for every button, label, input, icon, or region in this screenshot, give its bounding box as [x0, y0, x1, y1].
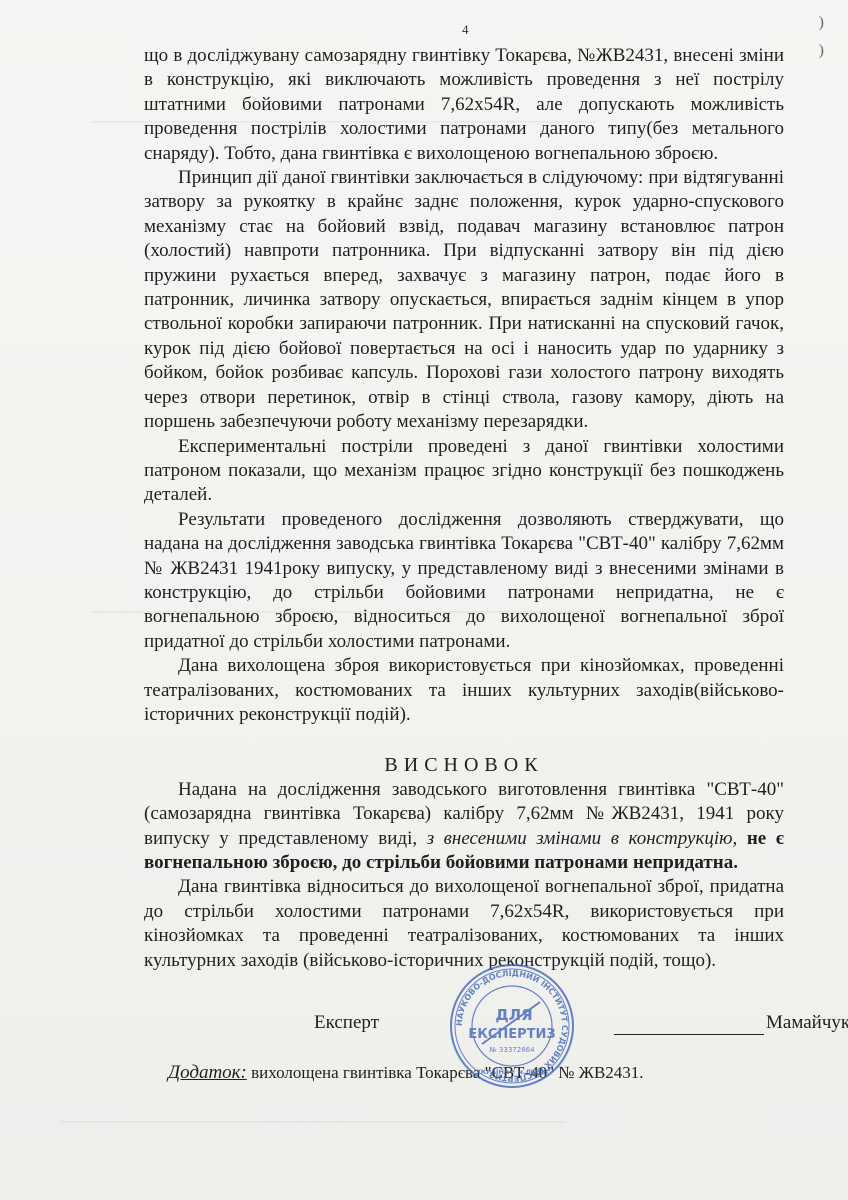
- edge-mark: ): [819, 14, 824, 32]
- paragraph-conclusion-main: Надана на дослідження заводського вигото…: [144, 778, 784, 876]
- paragraph-results: Результати проведеного дослідження дозво…: [144, 508, 784, 654]
- signature-line: [614, 1034, 764, 1035]
- stamp-code: № 33372864: [489, 1046, 535, 1054]
- bleed-through: ────────────────────────────────────────…: [60, 1110, 566, 1133]
- page-number: 4: [462, 22, 469, 38]
- stamp-center-top: ДЛЯ: [495, 1006, 532, 1024]
- conclusion-heading: ВИСНОВОК: [144, 753, 784, 777]
- paragraph-intro-continued: що в досліджувану самозарядну гвинтівку …: [144, 44, 784, 166]
- paragraph-usage: Дана вихолощена зброя використовується п…: [144, 654, 784, 727]
- official-stamp-icon: НАУКОВО-ДОСЛІДНИЙ ІНСТИТУТ СУДОВИХ ЕКСПЕ…: [448, 962, 576, 1090]
- paragraph-operating-principle: Принцип дії даної гвинтівки заключається…: [144, 166, 784, 434]
- paragraph-experimental-shots: Експериментальні постріли проведені з да…: [144, 435, 784, 508]
- document-page: ────────────────────────────────────────…: [0, 0, 848, 1200]
- paragraph-conclusion-classification: Дана гвинтівка відноситься до вихолощено…: [144, 875, 784, 973]
- conclusion-comma: ,: [733, 828, 747, 849]
- conclusion-italic-text: з внесеними змінами в конструкцію: [427, 828, 733, 849]
- appendix-text: вихолощена гвинтівка Токарєва "СВТ-40" №…: [247, 1063, 644, 1082]
- signature-label: Експерт: [314, 1012, 379, 1034]
- signature-name: Мамайчук Г.С.: [766, 1012, 848, 1034]
- stamp-bottom-text: УКРАЇНА • м.ЛЬВІВ: [476, 1067, 548, 1076]
- document-body: що в досліджувану самозарядну гвинтівку …: [144, 44, 784, 973]
- appendix-label: Додаток:: [168, 1062, 247, 1083]
- edge-mark: ): [819, 42, 824, 60]
- stamp-center-bottom: ЕКСПЕРТИЗ: [468, 1027, 555, 1042]
